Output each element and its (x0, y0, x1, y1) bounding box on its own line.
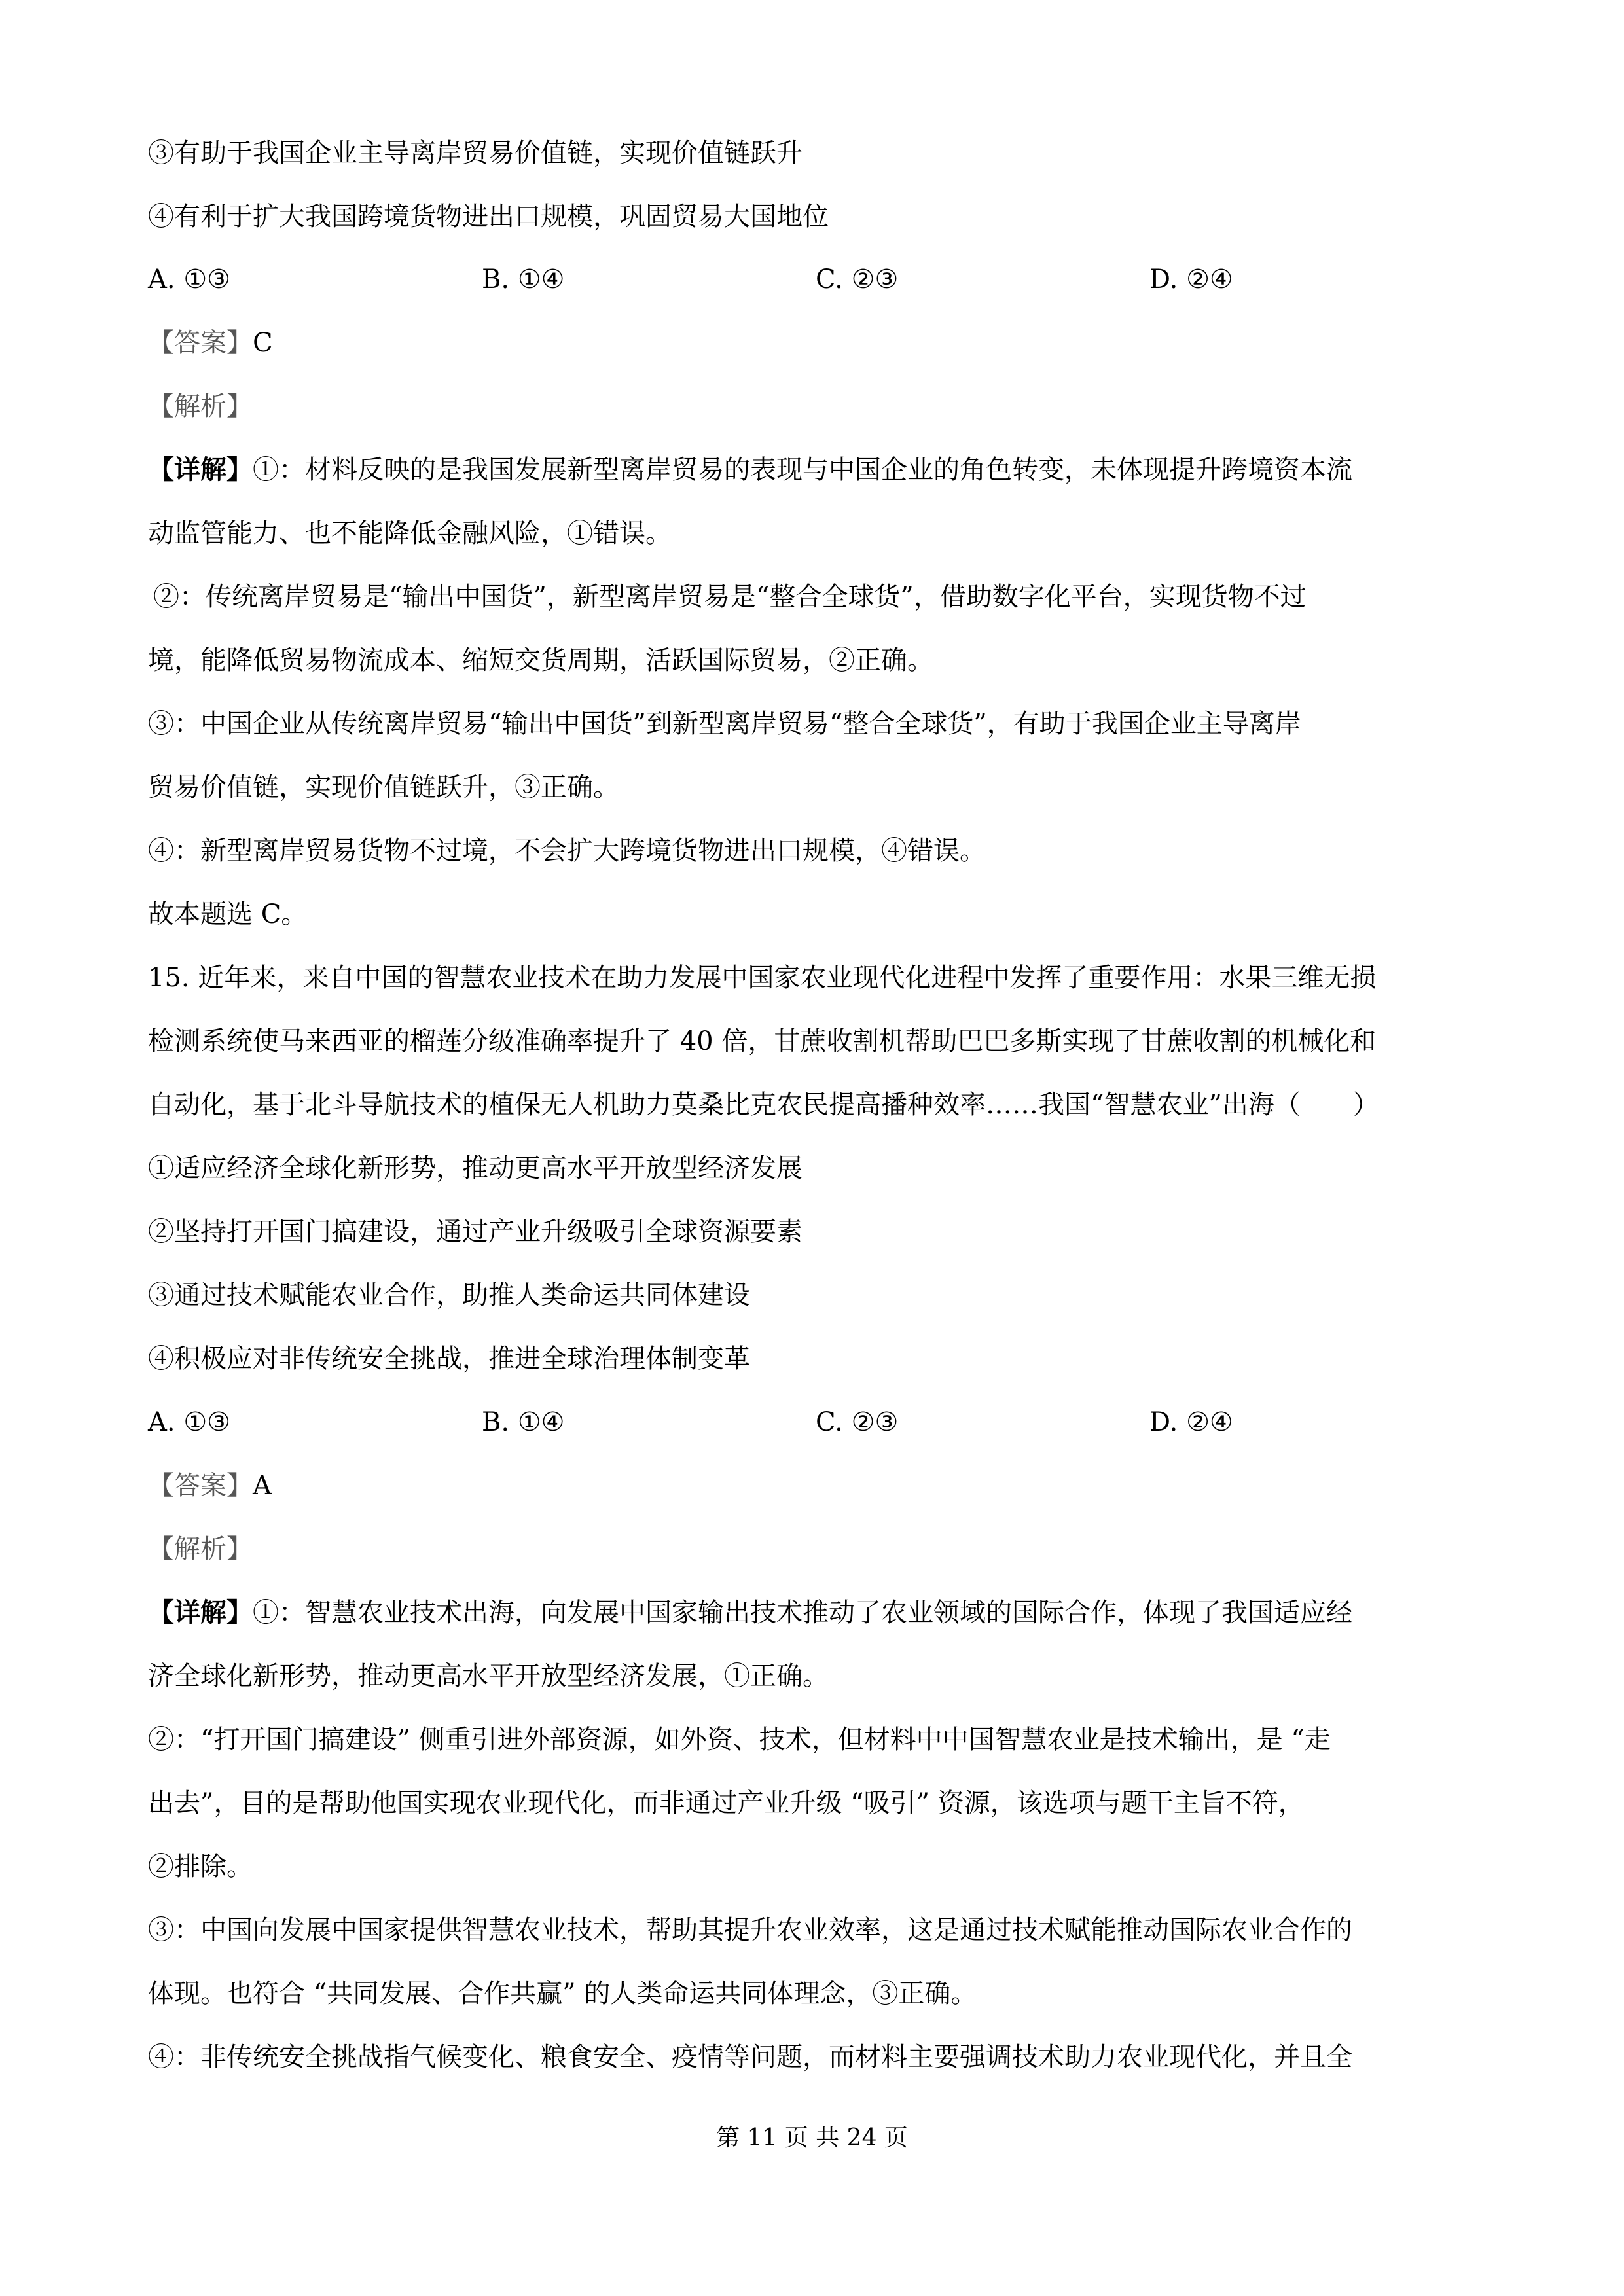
analysis-label: 【解析】 (148, 1534, 253, 1564)
q14-conclusion: 故本题选 C。 (148, 899, 307, 930)
q15-analysis-heading: 【解析】 (148, 1534, 253, 1565)
answer-value: C (253, 328, 273, 358)
q15-stem-line: 15. 近年来，来自中国的智慧农业技术在助力发展中国家农业现代化进程中发挥了重要… (148, 962, 1376, 994)
page-footer: 第 11 页 共 24 页 (0, 2124, 1624, 2153)
q14-option-b: B. ①④ (482, 264, 565, 295)
q15-statement-2: ②坚持打开国门搞建设，通过产业升级吸引全球资源要素 (148, 1216, 803, 1247)
q15-detail-line: ④：非传统安全挑战指气候变化、粮食安全、疫情等问题，而材料主要强调技术助力农业现… (148, 2041, 1352, 2073)
detail-text: ①：智慧农业技术出海，向发展中国家输出技术推动了农业领域的国际合作，体现了我国适… (253, 1598, 1352, 1628)
q15-answer: 【答案】A (148, 1470, 272, 1501)
q14-detail-line: ④：新型离岸贸易货物不过境，不会扩大跨境货物进出口规模，④错误。 (148, 835, 986, 867)
q15-statement-1: ①适应经济全球化新形势，推动更高水平开放型经济发展 (148, 1153, 803, 1184)
q14-detail-line: 境，能降低贸易物流成本、缩短交货周期，活跃国际贸易，②正确。 (148, 645, 933, 676)
q15-detail-line: ②：“打开国门搞建设” 侧重引进外部资源，如外资、技术，但材料中中国智慧农业是技… (148, 1724, 1331, 1755)
q14-detail-line: 【详解】①：材料反映的是我国发展新型离岸贸易的表现与中国企业的角色转变，未体现提… (148, 454, 1352, 486)
detail-label: 【详解】 (148, 1597, 253, 1628)
q15-stem-line: 检测系统使马来西亚的榴莲分级准确率提升了 40 倍，甘蔗收割机帮助巴巴多斯实现了… (148, 1026, 1376, 1057)
answer-label: 【答案】 (148, 1471, 253, 1501)
answer-value: A (253, 1471, 272, 1501)
detail-label: 【详解】 (148, 454, 253, 485)
q15-detail-line: 体现。也符合 “共同发展、合作共赢” 的人类命运共同体理念，③正确。 (148, 1978, 977, 2009)
q15-option-d: D. ②④ (1149, 1407, 1233, 1438)
q15-option-c: C. ②③ (816, 1407, 898, 1438)
q15-option-b: B. ①④ (482, 1407, 565, 1438)
q14-detail-line: 动监管能力、也不能降低金融风险，①错误。 (148, 518, 672, 549)
analysis-label: 【解析】 (148, 391, 253, 422)
detail-text: ①：材料反映的是我国发展新型离岸贸易的表现与中国企业的角色转变，未体现提升跨境资… (253, 455, 1352, 485)
q14-statement-4: ④有利于扩大我国跨境货物进出口规模，巩固贸易大国地位 (148, 201, 829, 232)
q14-detail-line: ③：中国企业从传统离岸贸易“输出中国货”到新型离岸贸易“整合全球货”，有助于我国… (148, 708, 1301, 740)
q14-analysis-heading: 【解析】 (148, 391, 253, 422)
q14-option-c: C. ②③ (816, 264, 898, 295)
answer-label: 【答案】 (148, 328, 253, 358)
q15-detail-line: 济全球化新形势，推动更高水平开放型经济发展，①正确。 (148, 1660, 829, 1692)
q14-option-a: A. ①③ (148, 264, 230, 295)
q15-option-a: A. ①③ (148, 1407, 230, 1438)
q15-detail-line: 出去”，目的是帮助他国实现农业现代化，而非通过产业升级 “吸引” 资源，该选项与… (148, 1787, 1305, 1819)
q15-detail-line: ②排除。 (148, 1851, 253, 1882)
q15-stem-line: 自动化，基于北斗导航技术的植保无人机助力莫桑比克农民提高播种效率……我国“智慧农… (148, 1089, 1379, 1121)
q14-statement-3: ③有助于我国企业主导离岸贸易价值链，实现价值链跃升 (148, 137, 803, 169)
q15-detail-line: 【详解】①：智慧农业技术出海，向发展中国家输出技术推动了农业领域的国际合作，体现… (148, 1597, 1352, 1628)
q15-statement-3: ③通过技术赋能农业合作，助推人类命运共同体建设 (148, 1280, 750, 1311)
q14-option-d: D. ②④ (1149, 264, 1233, 295)
q15-statement-4: ④积极应对非传统安全挑战，推进全球治理体制变革 (148, 1343, 750, 1374)
q14-answer: 【答案】C (148, 327, 273, 359)
q14-detail-line: ②：传统离岸贸易是“输出中国货”，新型离岸贸易是“整合全球货”，借助数字化平台，… (153, 581, 1307, 613)
q15-detail-line: ③：中国向发展中国家提供智慧农业技术，帮助其提升农业效率，这是通过技术赋能推动国… (148, 1914, 1352, 1946)
q14-detail-line: 贸易价值链，实现价值链跃升，③正确。 (148, 772, 619, 803)
